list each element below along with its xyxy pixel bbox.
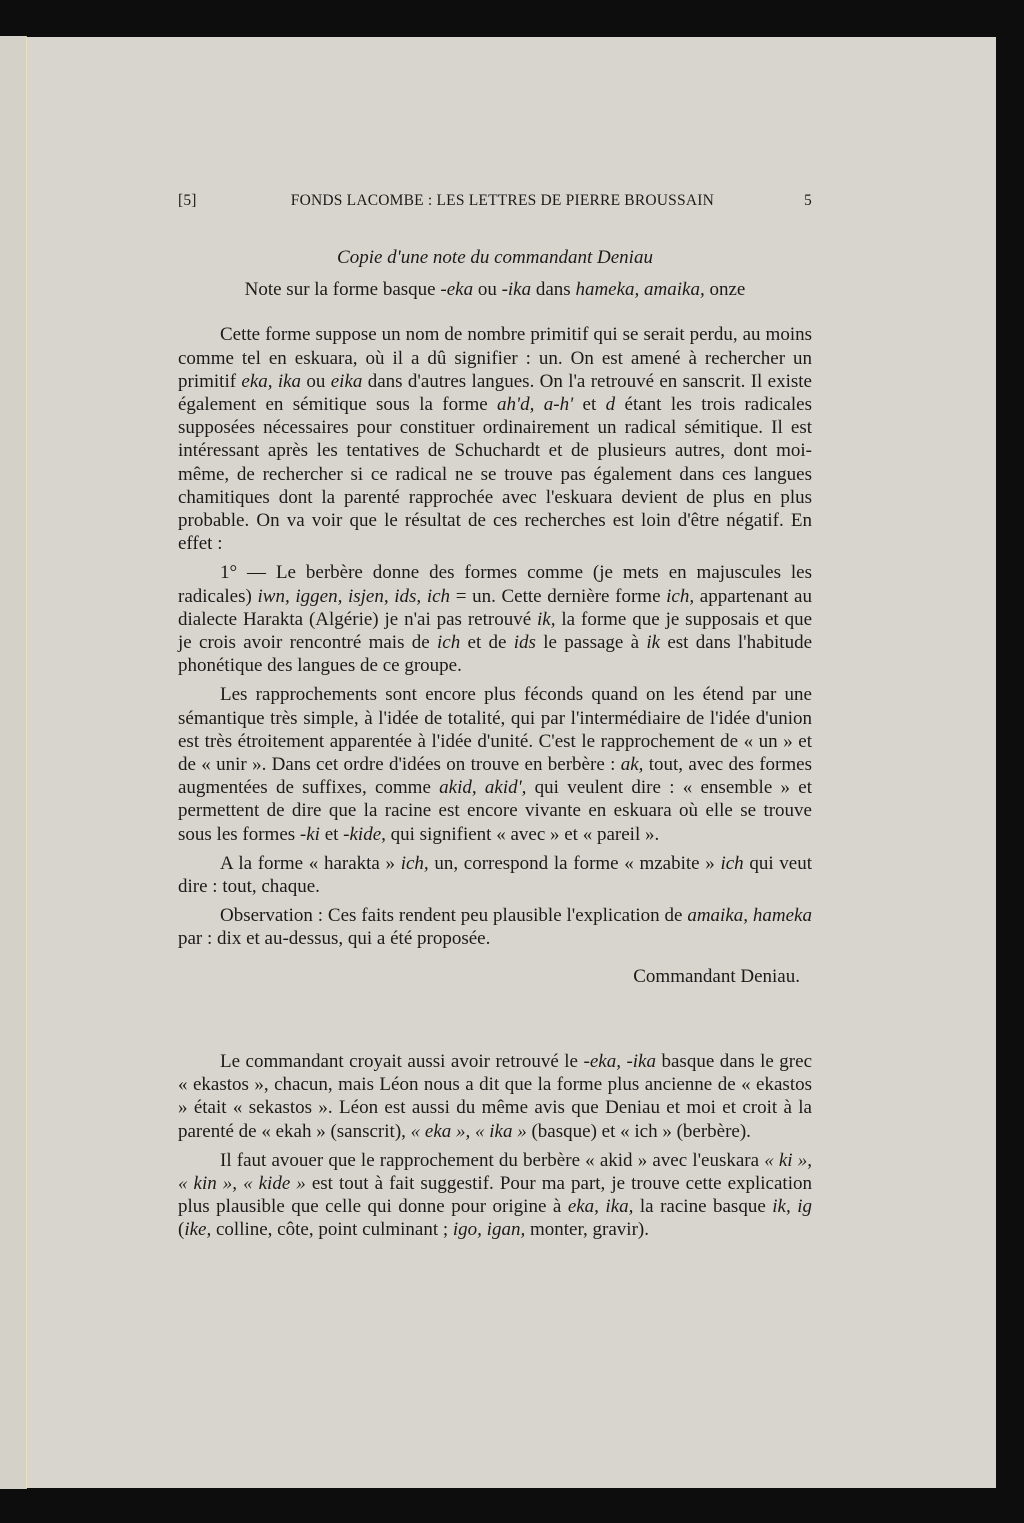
italic-term: ids	[514, 632, 536, 653]
italic-term: d	[606, 394, 616, 415]
italic-term: ik,	[537, 609, 555, 630]
page-body: Copie d'une note du commandant Deniau No…	[178, 246, 812, 1248]
italic-term: -eka	[440, 279, 473, 300]
italic-term: iwn, iggen, isjen, ids, ich	[258, 586, 451, 607]
italic-term: hameka, amaika,	[575, 279, 704, 300]
italic-term: ik	[646, 632, 660, 653]
note-subtitle: Note sur la forme basque -eka ou -ika da…	[178, 278, 812, 301]
italic-term: ich	[437, 632, 460, 653]
italic-term: akid, akid',	[439, 777, 526, 798]
paragraph: Les rapprochements sont encore plus féco…	[178, 683, 812, 845]
italic-term: eka, ika	[241, 371, 301, 392]
italic-term: amaika, hameka	[687, 905, 812, 926]
italic-term: ak,	[621, 754, 644, 775]
paragraph: Le commandant croyait aussi avoir retrou…	[178, 1050, 812, 1143]
note-title: Copie d'une note du commandant Deniau	[178, 246, 812, 269]
signature: Commandant Deniau.	[178, 965, 800, 988]
italic-term: ike,	[184, 1219, 211, 1240]
italic-term: ik, ig	[772, 1196, 812, 1217]
page-reference: [5]	[178, 192, 197, 210]
italic-term: -eka, -ika	[584, 1051, 657, 1072]
italic-term: ah'd, a-h'	[497, 394, 573, 415]
italic-term: « eka », « ika »	[411, 1121, 527, 1142]
page-number: 5	[804, 192, 812, 210]
italic-term: -kide,	[343, 824, 386, 845]
paragraph: Observation : Ces faits rendent peu plau…	[178, 904, 812, 950]
italic-term: -ika	[502, 279, 532, 300]
italic-term: eika	[331, 371, 363, 392]
paragraph: A la forme « harakta » ich, un, correspo…	[178, 852, 812, 898]
italic-term: eka, ika,	[568, 1196, 634, 1217]
paragraph: 1° — Le berbère donne des formes comme (…	[178, 561, 812, 677]
running-title: FONDS LACOMBE : LES LETTRES DE PIERRE BR…	[197, 192, 804, 210]
previous-page-edge	[0, 36, 27, 1489]
paragraph: Cette forme suppose un nom de nombre pri…	[178, 323, 812, 555]
italic-term: igo, igan,	[453, 1219, 525, 1240]
italic-term: ich,	[666, 586, 694, 607]
section-gap	[178, 988, 812, 1050]
italic-term: « ki », « kin », « kide »	[178, 1150, 812, 1194]
italic-term: ich,	[401, 853, 429, 874]
italic-term: -ki	[300, 824, 320, 845]
running-head: [5] FONDS LACOMBE : LES LETTRES DE PIERR…	[178, 192, 812, 210]
paragraph: Il faut avouer que le rapprochement du b…	[178, 1149, 812, 1242]
italic-term: ich	[720, 853, 743, 874]
